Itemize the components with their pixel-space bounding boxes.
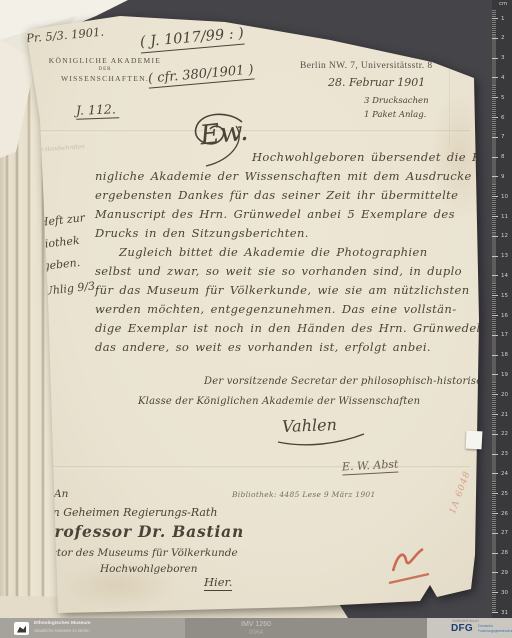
recipient-name: Professor Dr. Bastian: [42, 522, 244, 541]
ruler-mark: 2: [492, 35, 505, 42]
letter-date: 28. Februar 1901: [328, 76, 425, 89]
inventory-id: IMV 1260: [0, 621, 512, 628]
ruler-mark: 31: [492, 609, 508, 616]
line: für das Museum für Völkerkunde, wie sie …: [95, 281, 485, 300]
line: Hochwohlgeboren übersendet die Kö-: [252, 148, 492, 167]
ruler-unit-label: cm: [499, 1, 507, 7]
ruler-mark: 3: [492, 55, 505, 62]
paper-tab: [466, 431, 483, 450]
red-shelf-mark: 1A 6048: [448, 470, 473, 516]
ruler-mark: 7: [492, 134, 505, 141]
line: werden möchten, entgegenzunehmen. Das ei…: [95, 300, 485, 319]
registry-note: Pr. 5/3. 1901.: [26, 25, 105, 46]
opening-initial: Ew.: [199, 116, 250, 152]
line: gegeben.: [28, 250, 97, 279]
ruler-mark: 8: [492, 154, 505, 161]
letterhead-line1: KÖNIGLICHE AKADEMIE: [40, 56, 170, 65]
ruler-mark: 10: [492, 193, 508, 200]
closing-formula: Der vorsitzende Secretar der philosophis…: [138, 372, 501, 412]
red-check-mark: [383, 543, 441, 589]
line: nigliche Akademie der Wissenschaften mit…: [95, 167, 492, 186]
recipient-an: An: [54, 488, 68, 500]
scanned-letter-page: γ ϑ H Pr. 5/3. 1901. KÖNIGLICHE AKADEMIE…: [0, 0, 512, 638]
library-note: Bibliothek: 4485 Lese 9 März 1901: [232, 490, 376, 499]
ruler-mark: 30: [492, 589, 508, 596]
ruler-mark: 12: [492, 233, 508, 240]
ruler-mark: 18: [492, 352, 508, 359]
dfg-logo: DFG: [451, 623, 473, 634]
line: dige Exemplar ist noch in den Händen des…: [95, 319, 485, 338]
entry-number: E. No 226: [395, 24, 467, 48]
enclosure-notes: 3 Drucksachen1 Paket Anlag.: [364, 94, 429, 122]
file-number: J. 112.: [76, 101, 119, 119]
line: Der vorsitzende Secretar der philosophis…: [204, 372, 501, 392]
ruler-mark: 21: [492, 411, 508, 418]
ruler-mark: 9: [492, 173, 505, 180]
letter-sheet: Pr. 5/3. 1901. KÖNIGLICHE AKADEMIE DER W…: [0, 0, 512, 638]
ruler-mark: 28: [492, 550, 508, 557]
ruler-mark: 14: [492, 272, 508, 279]
ruler-mark: 5: [492, 94, 505, 101]
ruler-mark: 1: [492, 15, 505, 22]
funding-prefix: Gefördert durch: [452, 619, 479, 623]
dfg-name-line2: Forschungsgemeinschaft: [478, 629, 512, 633]
ruler-mark: 13: [492, 253, 508, 260]
ruler-mark: 4: [492, 74, 505, 81]
line: 3 Drucksachen: [364, 94, 429, 108]
recipient-place: Hier.: [204, 575, 232, 591]
footer-bar: Ethnologisches Museum Staatliche Museen …: [0, 618, 512, 638]
recipient-salutation: Hochwohlgeboren: [100, 563, 198, 575]
measurement-ruler: cm 1234567891011121314151617181920212223…: [492, 0, 512, 618]
countersignature: E. W. Abst: [342, 458, 399, 476]
fold-crease: [30, 466, 470, 469]
margin-ink-note: 1 Heft zurBibliothekgegeben.Uhlig 9/3.: [19, 207, 99, 305]
entry-year: 1901.: [440, 43, 474, 59]
ruler-mark: 26: [492, 510, 508, 517]
ruler-mark: 6: [492, 114, 505, 121]
line: selbst und zwar, so weit sie so vorhande…: [95, 262, 485, 281]
body-paragraph-1: Hochwohlgeboren übersendet die Kö-niglic…: [95, 148, 492, 243]
ruler-mark: 22: [492, 431, 508, 438]
ruler-mark: 20: [492, 391, 508, 398]
ruler-mark: 24: [492, 470, 508, 477]
line: Drucks in den Sitzungsberichten.: [95, 224, 492, 243]
signature-flourish: [276, 432, 366, 446]
body-paragraph-2: Zugleich bittet die Akademie die Photogr…: [95, 243, 485, 357]
line: das andere, so weit es vorhanden ist, er…: [95, 338, 485, 357]
dfg-name-line1: Deutsche: [478, 624, 493, 628]
letter-sheet-shadow: Pr. 5/3. 1901. KÖNIGLICHE AKADEMIE DER W…: [0, 0, 512, 638]
ruler-mark: 16: [492, 312, 508, 319]
line: Uhlig 9/3.: [43, 275, 100, 303]
ruler-mark: 17: [492, 332, 508, 339]
faint-pencil-note: Buddhistische Handschriften(Druck): [4, 143, 86, 165]
printed-address-line: Berlin NW. 7, Universitätsstr. 8: [300, 61, 433, 71]
line: Zugleich bittet die Akademie die Photogr…: [119, 243, 485, 262]
ruler-mark: 29: [492, 569, 508, 576]
line: Klasse der Königlichen Akademie der Wiss…: [138, 392, 501, 412]
line: Manuscript des Hrn. Grünwedel anbei 5 Ex…: [95, 205, 492, 224]
ruler-mark: 25: [492, 490, 508, 497]
page-mark: 37.: [28, 580, 42, 590]
inventory-page: 0064: [0, 629, 512, 636]
ruler-mark: 11: [492, 213, 508, 220]
ruler-mark: 27: [492, 530, 508, 537]
reference-number-top: ( J. 1017/99 : ): [139, 25, 244, 53]
ruler-mark: 23: [492, 451, 508, 458]
line: 1 Paket Anlag.: [364, 108, 429, 122]
recipient-title: Director des Museums für Völkerkunde: [28, 547, 238, 559]
inventory-number: IMV 1260 0064: [0, 618, 512, 636]
ruler-mark: 19: [492, 371, 508, 378]
line: ergebensten Dankes für das seiner Zeit i…: [95, 186, 492, 205]
recipient-line1: Herrn Geheimen Regierungs-Rath: [26, 506, 217, 519]
ruler-mark: 15: [492, 292, 508, 299]
